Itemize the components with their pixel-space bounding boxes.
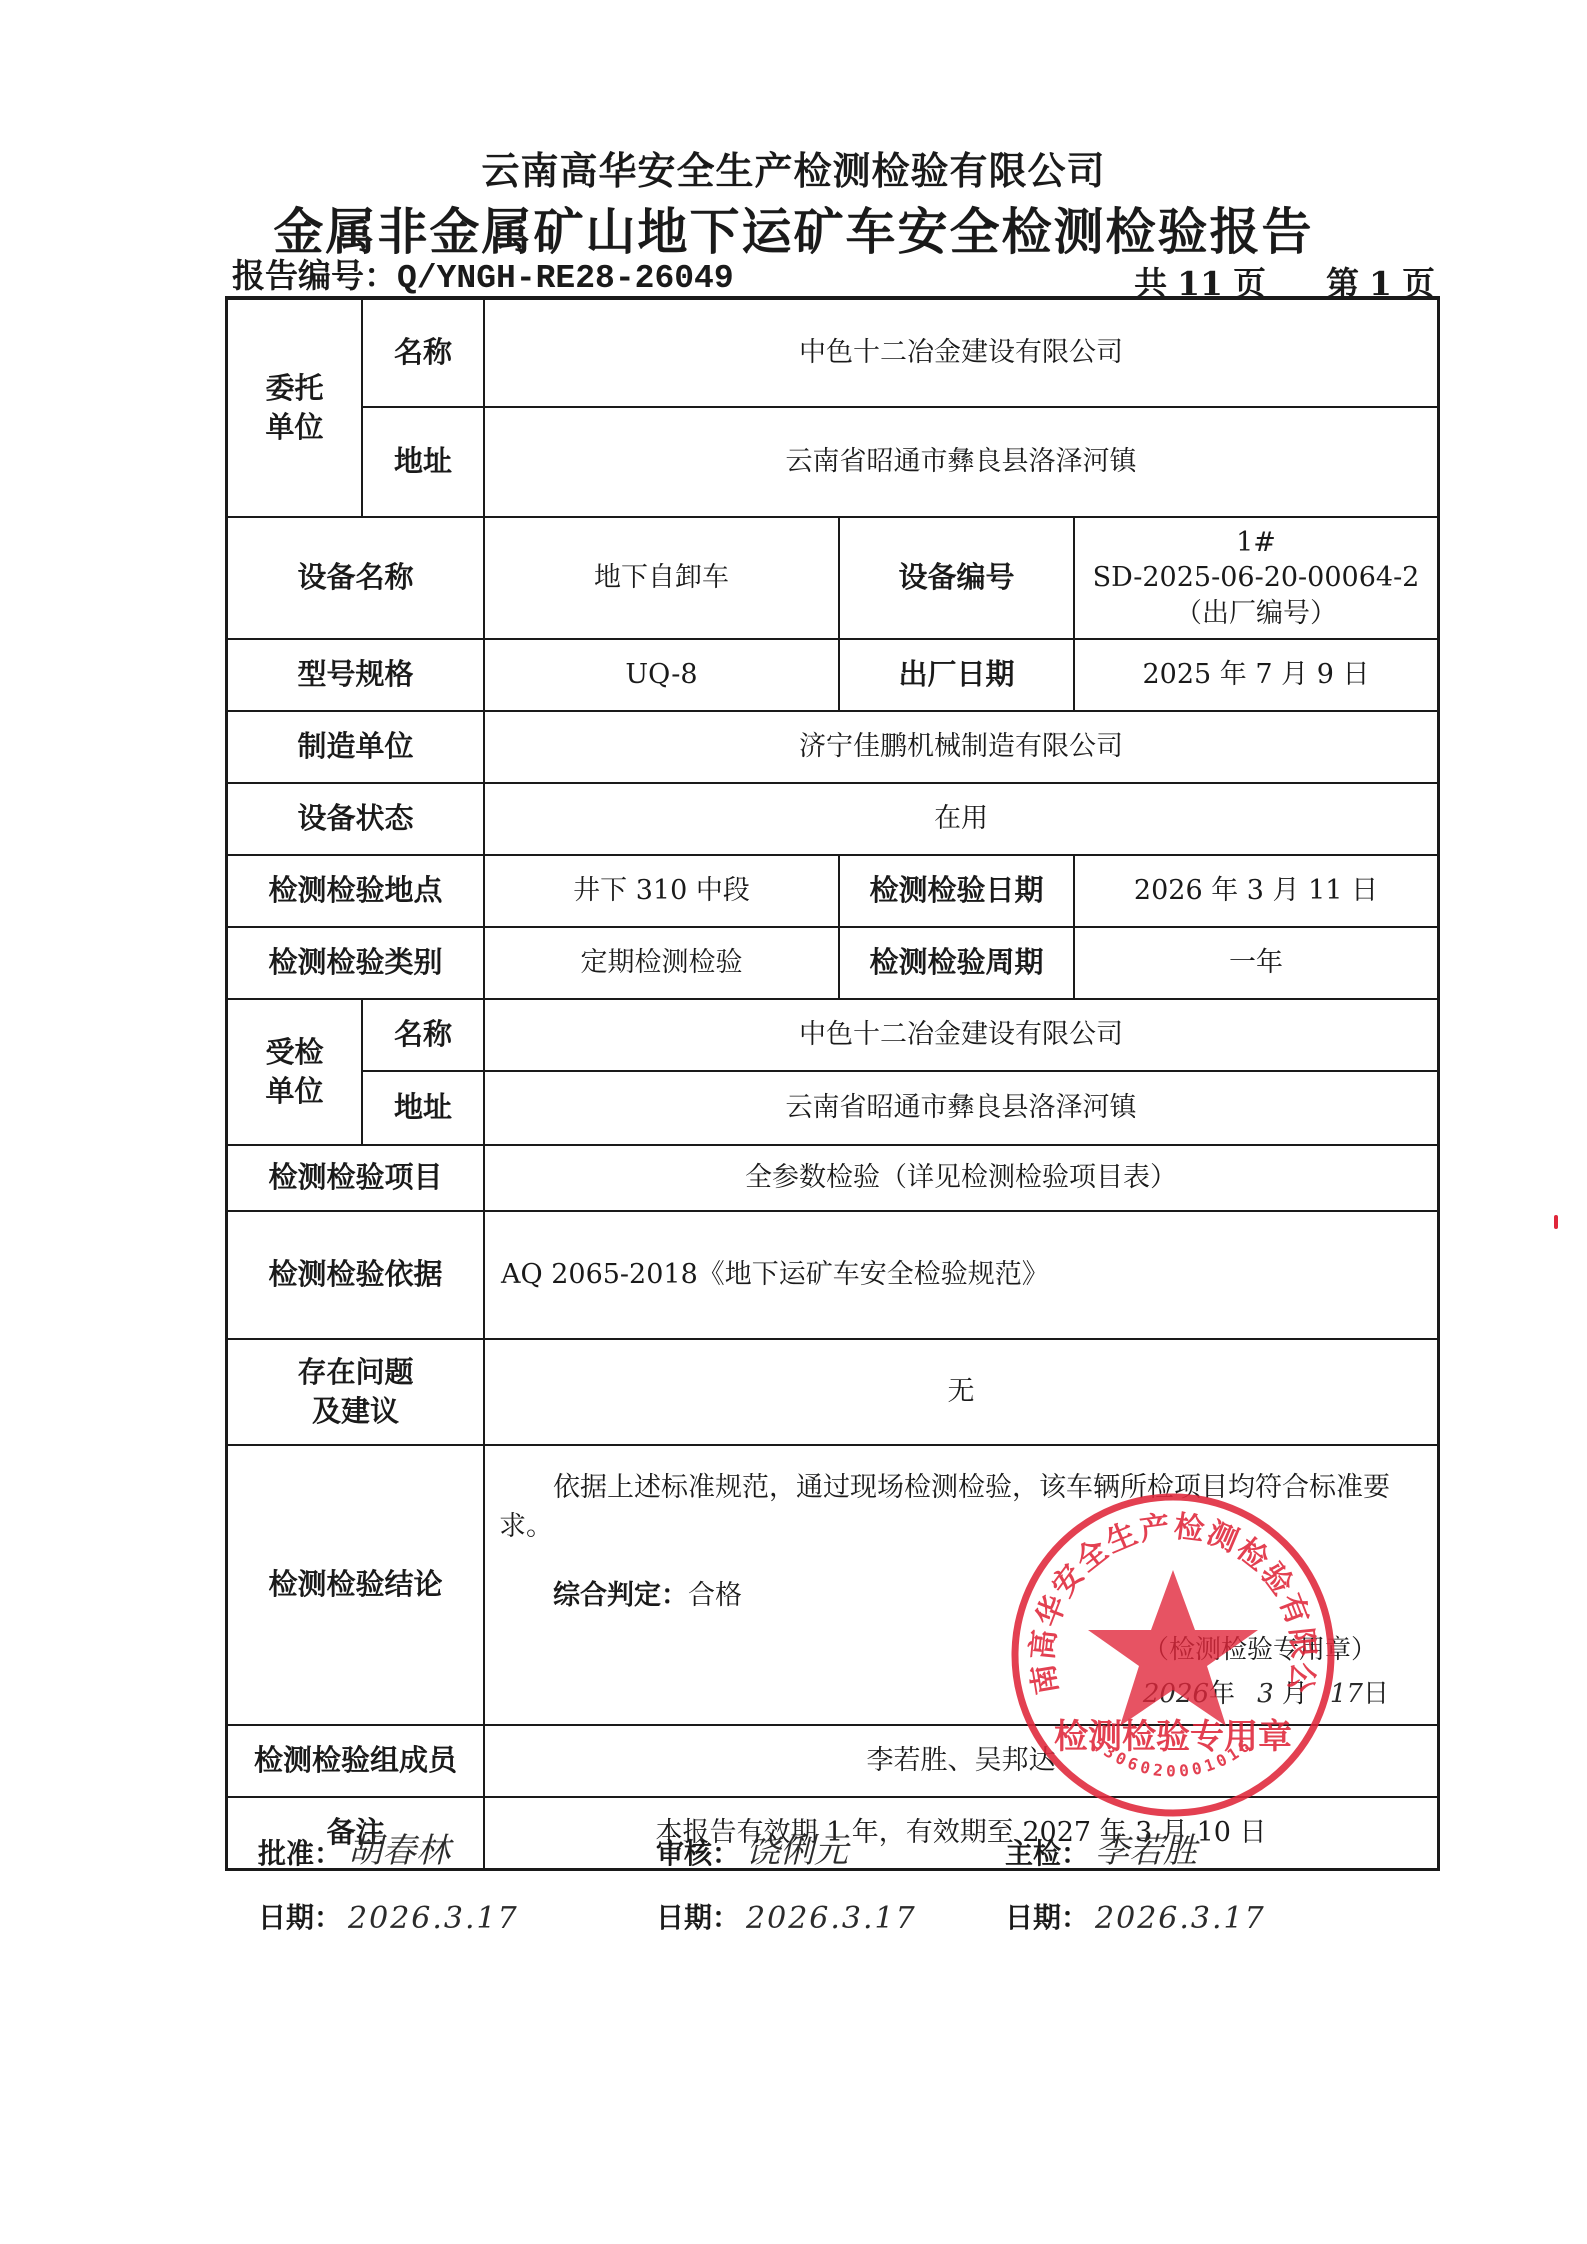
approver-date: 2026.3.17 xyxy=(348,1901,519,1936)
inspection-cycle-value: 一年 xyxy=(1075,928,1437,998)
reviewer-date: 2026.3.17 xyxy=(746,1901,917,1936)
inspected-unit-label: 受检 单位 xyxy=(228,1000,363,1144)
approver-signature: 胡春林 xyxy=(348,1823,450,1872)
client-name-value: 中色十二冶金建设有限公司 xyxy=(485,300,1437,406)
client-unit-label: 委托 单位 xyxy=(228,300,363,516)
report-number-label: 报告编号： xyxy=(232,256,397,295)
inspected-name-label: 名称 xyxy=(363,1000,485,1070)
inspection-type-label: 检测检验类别 xyxy=(228,928,485,998)
manufacturer-label: 制造单位 xyxy=(228,712,485,782)
client-address-value: 云南省昭通市彝良县洛泽河镇 xyxy=(485,408,1437,516)
red-ink-mark xyxy=(1554,1215,1558,1229)
approver-label: 批准： xyxy=(258,1832,342,1872)
team-row: 检测检验组成员 李若胜、吴邦达 xyxy=(228,1726,1437,1798)
inspection-date-label: 检测检验日期 xyxy=(840,856,1075,926)
conclusion-row: 检测检验结论 依据上述标准规范，通过现场检测检验，该车辆所检项目均符合标准要求。… xyxy=(228,1446,1437,1726)
equipment-number-label: 设备编号 xyxy=(840,518,1075,638)
report-number: 报告编号：Q/YNGH-RE28-26049 xyxy=(232,250,734,297)
equipment-name-label: 设备名称 xyxy=(228,518,485,638)
lead-inspector-signature: 李若胜 xyxy=(1095,1823,1197,1872)
status-row: 设备状态 在用 xyxy=(228,784,1437,856)
manufacturer-value: 济宁佳鹏机械制造有限公司 xyxy=(485,712,1437,782)
reviewer-signature-block: 审核：饶俐元 日期：2026.3.17 xyxy=(656,1808,917,1936)
remarks-value: 本报告有效期 1 年，有效期至 2027 年 3 月 10 日 xyxy=(485,1798,1437,1868)
seal-label: （检测检验专用章） xyxy=(1143,1633,1377,1668)
client-unit-section: 委托 单位 名称 中色十二冶金建设有限公司 地址 云南省昭通市彝良县洛泽河镇 xyxy=(228,300,1437,518)
inspection-type-value: 定期检测检验 xyxy=(485,928,840,998)
issues-label: 存在问题 及建议 xyxy=(228,1340,485,1444)
factory-date-label: 出厂日期 xyxy=(840,640,1075,710)
seal-date: 2026年 3 月 17日 xyxy=(1143,1677,1389,1712)
conclusion-text: 依据上述标准规范，通过现场检测检验，该车辆所检项目均符合标准要求。 xyxy=(499,1468,1419,1546)
manufacturer-row: 制造单位 济宁佳鹏机械制造有限公司 xyxy=(228,712,1437,784)
issues-row: 存在问题 及建议 无 xyxy=(228,1340,1437,1446)
inspection-location-row: 检测检验地点 井下 310 中段 检测检验日期 2026 年 3 月 11 日 xyxy=(228,856,1437,928)
inspection-date-value: 2026 年 3 月 11 日 xyxy=(1075,856,1437,926)
factory-date-value: 2025 年 7 月 9 日 xyxy=(1075,640,1437,710)
inspection-items-row: 检测检验项目 全参数检验（详见检测检验项目表） xyxy=(228,1146,1437,1212)
inspected-address-label: 地址 xyxy=(363,1072,485,1144)
approver-signature-block: 批准：胡春林 日期：2026.3.17 xyxy=(258,1808,519,1936)
overall-verdict: 综合判定：合格 xyxy=(499,1576,1419,1615)
company-name: 云南高华安全生产检测检验有限公司 xyxy=(0,140,1587,195)
verdict-label: 综合判定： xyxy=(553,1580,688,1611)
inspection-basis-value: AQ 2065-2018《地下运矿车安全检验规范》 xyxy=(485,1212,1437,1338)
reviewer-date-label: 日期： xyxy=(656,1896,740,1936)
client-name-label: 名称 xyxy=(363,300,485,406)
model-value: UQ-8 xyxy=(485,640,840,710)
reviewer-label: 审核： xyxy=(656,1832,740,1872)
inspected-name-value: 中色十二冶金建设有限公司 xyxy=(485,1000,1437,1070)
report-table: 委托 单位 名称 中色十二冶金建设有限公司 地址 云南省昭通市彝良县洛泽河镇 设… xyxy=(225,296,1440,1871)
status-value: 在用 xyxy=(485,784,1437,854)
model-label: 型号规格 xyxy=(228,640,485,710)
status-label: 设备状态 xyxy=(228,784,485,854)
equipment-name-row: 设备名称 地下自卸车 设备编号 1# SD-2025-06-20-00064-2… xyxy=(228,518,1437,640)
lead-inspector-date: 2026.3.17 xyxy=(1095,1901,1266,1936)
inspection-cycle-label: 检测检验周期 xyxy=(840,928,1075,998)
inspection-type-row: 检测检验类别 定期检测检验 检测检验周期 一年 xyxy=(228,928,1437,1000)
inspection-basis-row: 检测检验依据 AQ 2065-2018《地下运矿车安全检验规范》 xyxy=(228,1212,1437,1340)
model-row: 型号规格 UQ-8 出厂日期 2025 年 7 月 9 日 xyxy=(228,640,1437,712)
inspection-location-value: 井下 310 中段 xyxy=(485,856,840,926)
lead-inspector-date-label: 日期： xyxy=(1005,1896,1089,1936)
inspection-location-label: 检测检验地点 xyxy=(228,856,485,926)
approver-date-label: 日期： xyxy=(258,1896,342,1936)
equipment-name-value: 地下自卸车 xyxy=(485,518,840,638)
report-number-value: Q/YNGH-RE28-26049 xyxy=(397,260,734,297)
conclusion-label: 检测检验结论 xyxy=(228,1446,485,1724)
inspection-items-label: 检测检验项目 xyxy=(228,1146,485,1210)
issues-value: 无 xyxy=(485,1340,1437,1444)
team-value: 李若胜、吴邦达 xyxy=(485,1726,1437,1796)
lead-inspector-signature-block: 主检：李若胜 日期：2026.3.17 xyxy=(1005,1808,1266,1936)
client-address-label: 地址 xyxy=(363,408,485,516)
equipment-number-value: 1# SD-2025-06-20-00064-2 （出厂编号） xyxy=(1075,518,1437,638)
inspection-basis-label: 检测检验依据 xyxy=(228,1212,485,1338)
verdict-value: 合格 xyxy=(688,1580,742,1611)
inspected-unit-section: 受检 单位 名称 中色十二冶金建设有限公司 地址 云南省昭通市彝良县洛泽河镇 xyxy=(228,1000,1437,1146)
inspection-items-value: 全参数检验（详见检测检验项目表） xyxy=(485,1146,1437,1210)
lead-inspector-label: 主检： xyxy=(1005,1832,1089,1872)
conclusion-body: 依据上述标准规范，通过现场检测检验，该车辆所检项目均符合标准要求。 综合判定：合… xyxy=(485,1446,1437,1724)
team-label: 检测检验组成员 xyxy=(228,1726,485,1796)
reviewer-signature: 饶俐元 xyxy=(746,1823,848,1872)
inspected-address-value: 云南省昭通市彝良县洛泽河镇 xyxy=(485,1072,1437,1144)
